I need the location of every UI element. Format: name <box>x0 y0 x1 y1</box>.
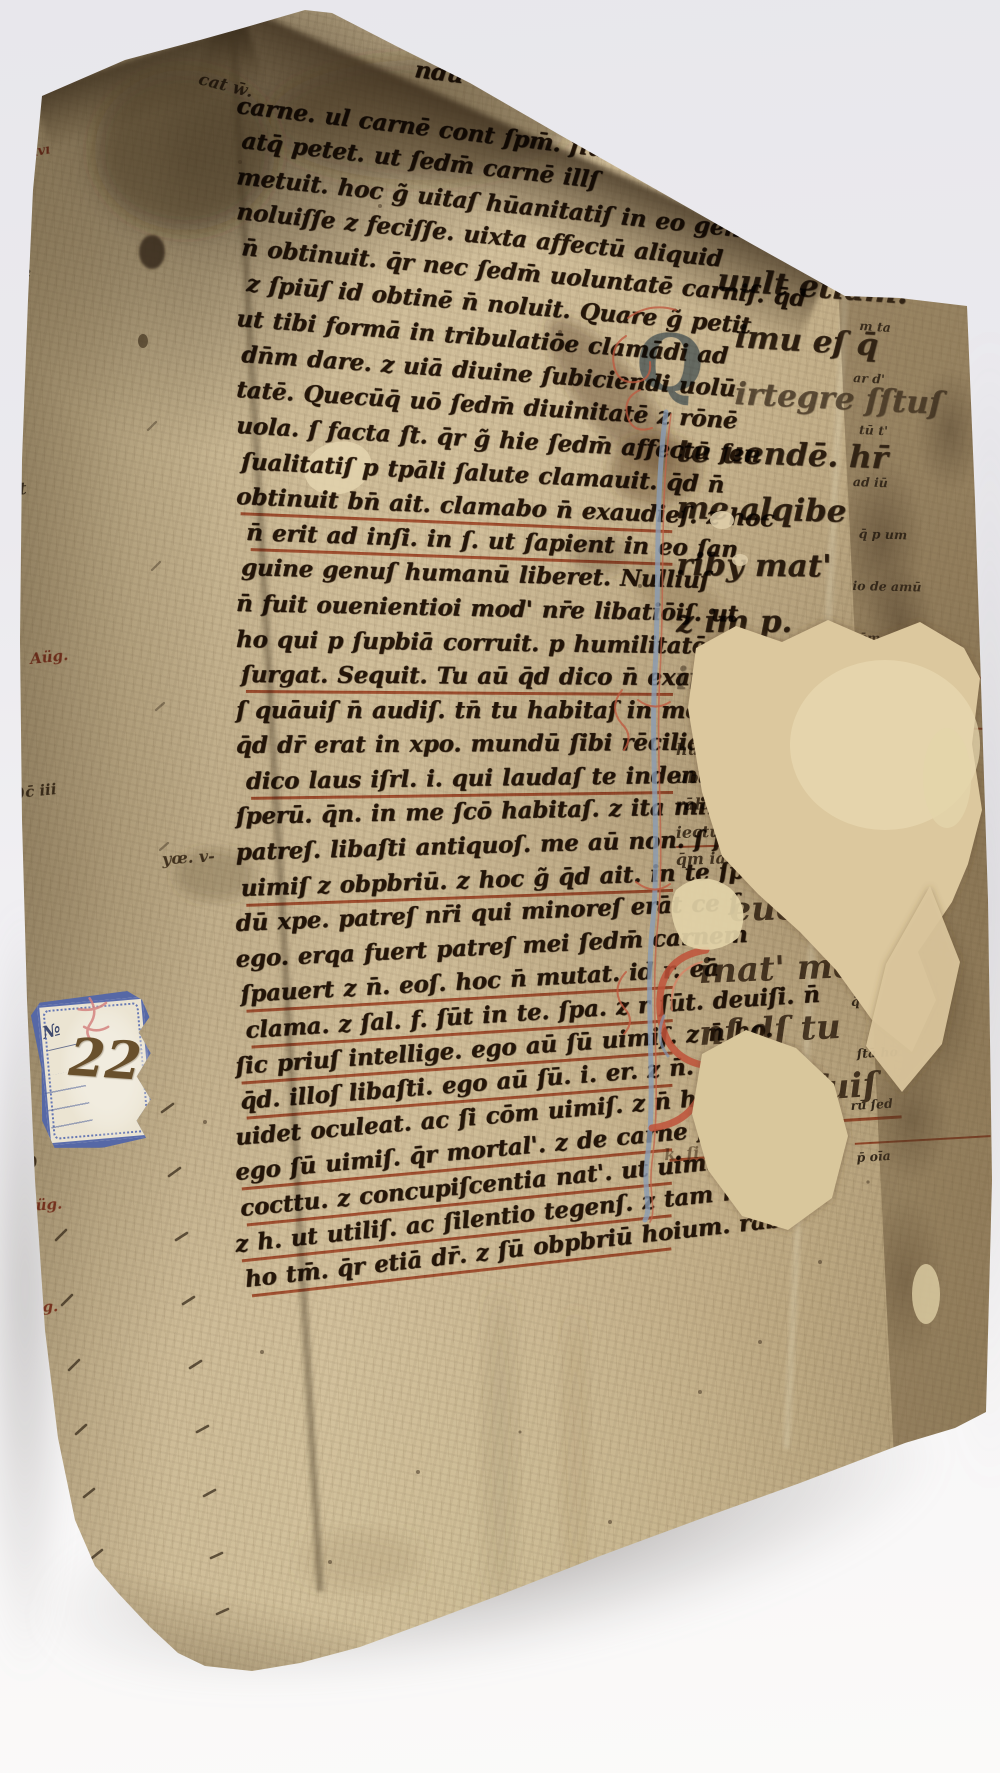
label-number: 22 <box>67 1027 143 1093</box>
manuscript-text-line: cū. ſanit ta <box>762 148 889 216</box>
photo-scene: ndū ē in xpo. ſpm̄ concupiſſe contcarne.… <box>0 0 1000 1773</box>
